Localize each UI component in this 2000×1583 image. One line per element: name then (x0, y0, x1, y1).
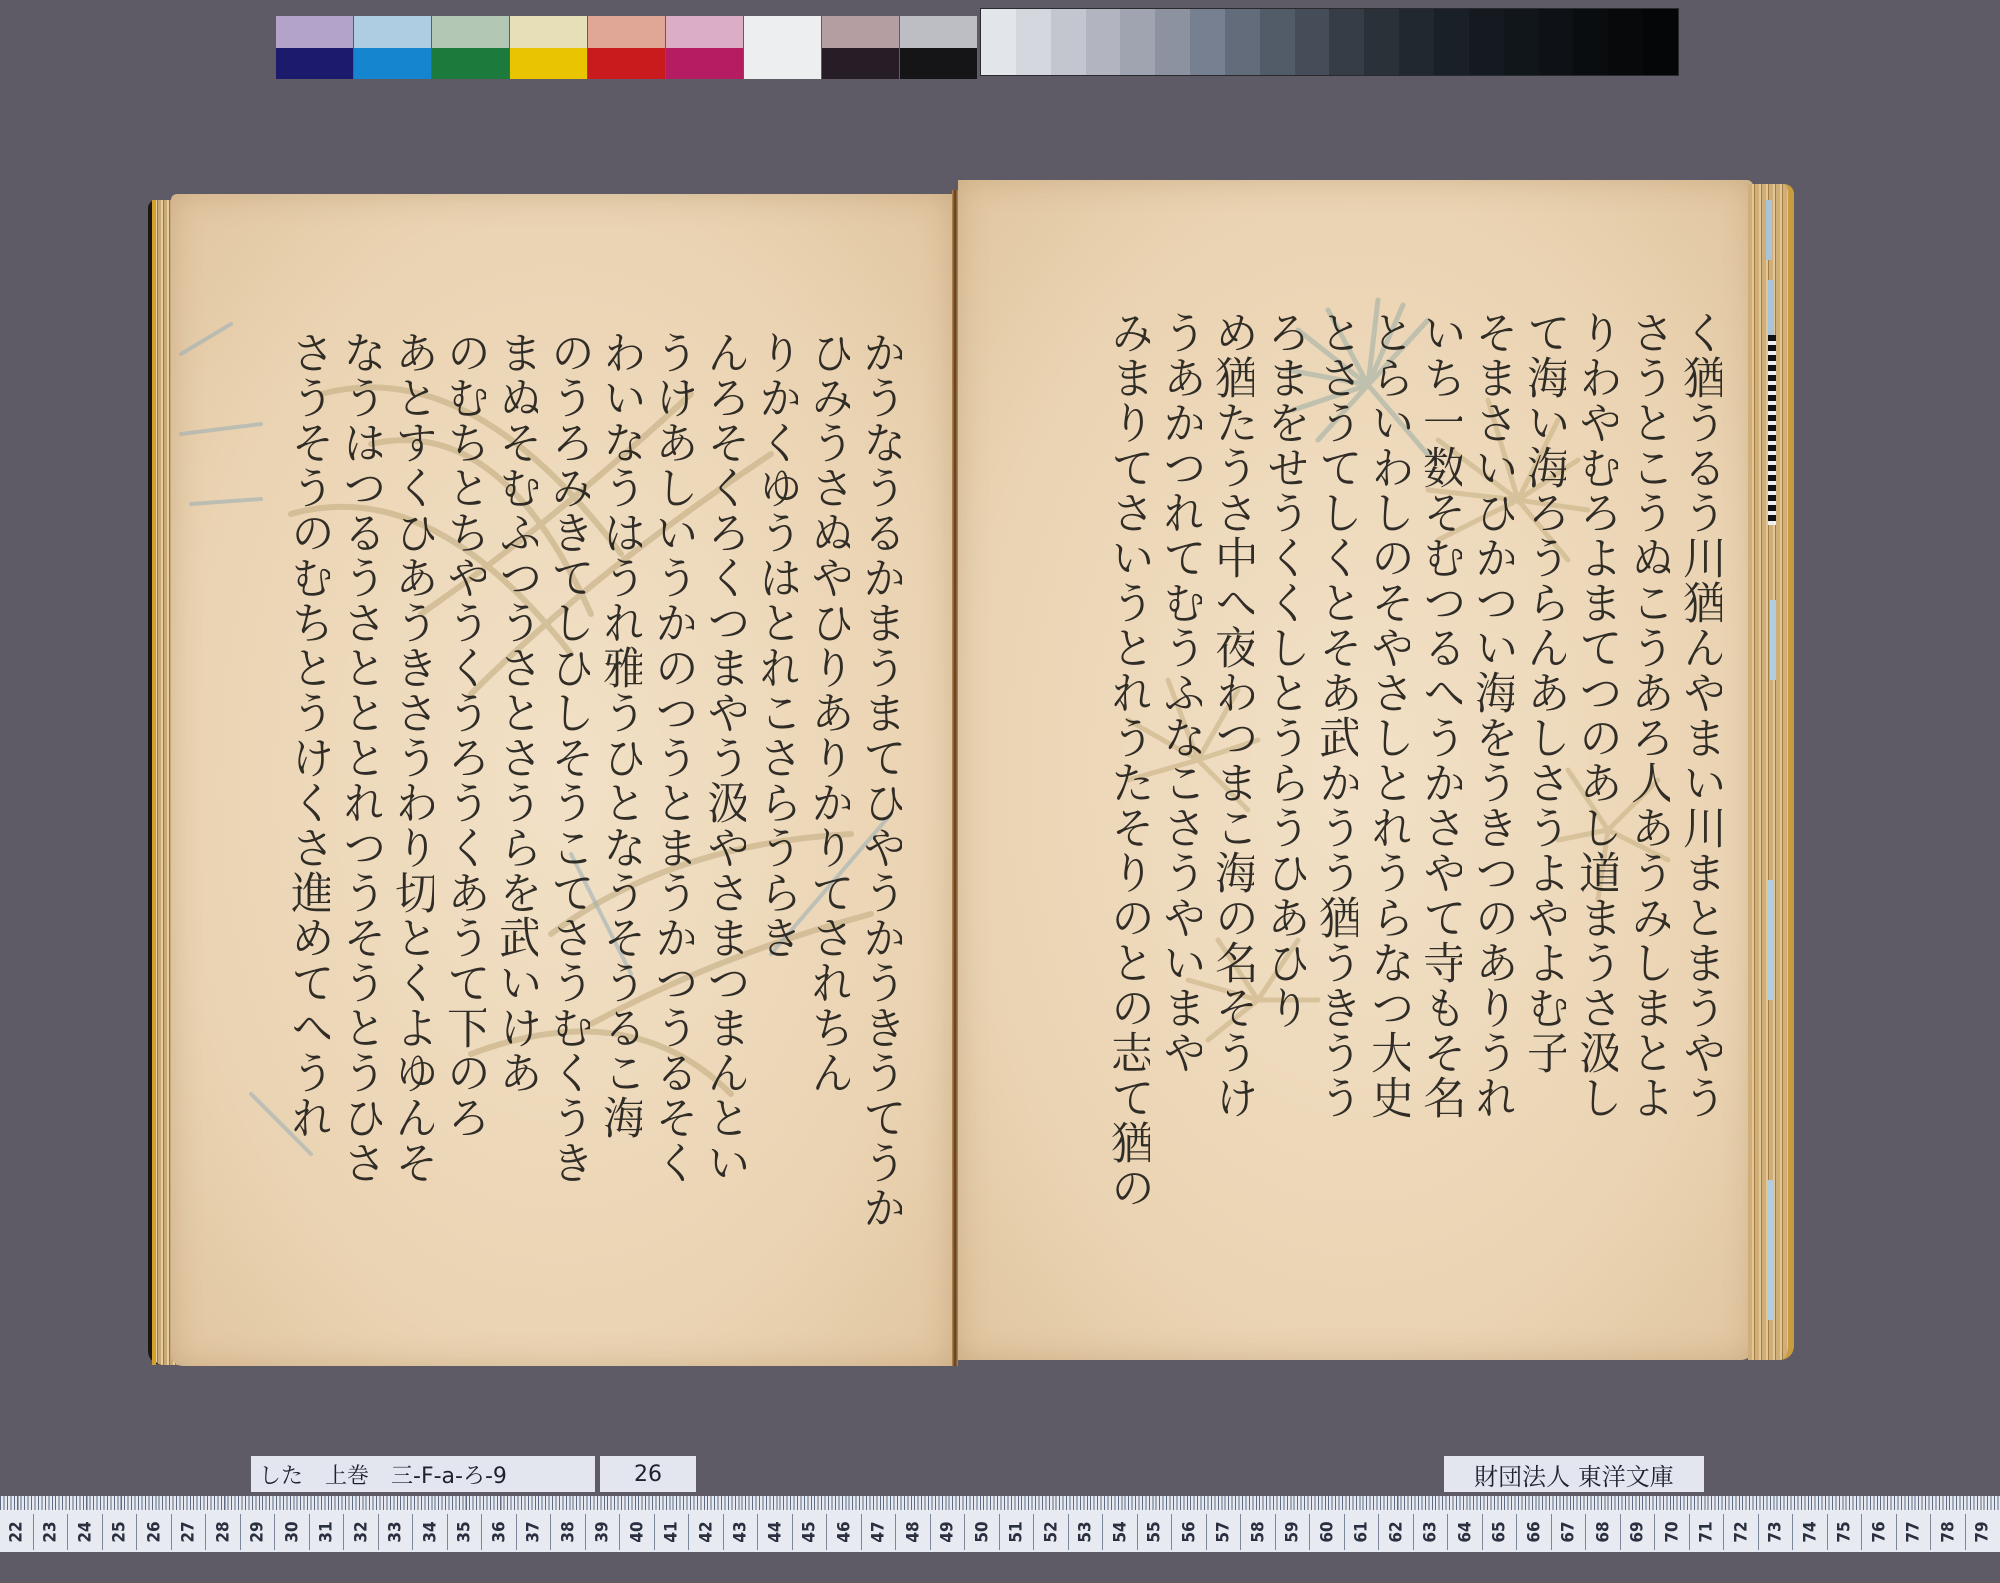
color-patch (822, 16, 899, 79)
ruler-number: 76 (1861, 1514, 1897, 1550)
ruler-number: 53 (1068, 1514, 1104, 1550)
page-tab-blue (1768, 1180, 1774, 1320)
ruler-number: 72 (1723, 1514, 1759, 1550)
text-column: んろそくろくつまやう汲やさまつまんとい (702, 330, 746, 1250)
text-column: く猶うるう川猶んやまい川まとまうやう (1678, 310, 1722, 1210)
ruler-number: 42 (688, 1514, 724, 1550)
measuring-ruler: 2223242526272829303132333435363738394041… (0, 1496, 2000, 1552)
text-column: うあかつれてむうふなこさうやいまや (1158, 310, 1202, 1210)
ruler-number: 60 (1309, 1514, 1345, 1550)
ruler-number: 29 (240, 1514, 276, 1550)
page-number-label: 26 (600, 1456, 696, 1492)
ruler-number: 41 (654, 1514, 690, 1550)
color-patch (510, 16, 587, 79)
gray-step (1295, 9, 1330, 75)
ruler-ticks (0, 1496, 2000, 1510)
page-tab-blue (1770, 600, 1776, 680)
text-column: そまさいひかつい海をうきつのありうれ (1470, 310, 1514, 1210)
ruler-number: 22 (0, 1514, 34, 1550)
gray-step (1155, 9, 1190, 75)
text-column: あとすくひあうきさうわり切とくよゆんそ (390, 330, 434, 1250)
ruler-number: 57 (1206, 1514, 1242, 1550)
ruler-number: 75 (1827, 1514, 1863, 1550)
gray-step (1225, 9, 1260, 75)
ruler-number: 58 (1240, 1514, 1276, 1550)
ruler-number: 47 (861, 1514, 897, 1550)
ruler-number: 43 (723, 1514, 759, 1550)
text-column: みまりてさいうとれうたそりのとの志て猶の (1106, 310, 1150, 1210)
gray-step (981, 9, 1016, 75)
gray-step (1364, 9, 1399, 75)
gray-step (1469, 9, 1504, 75)
ruler-number: 36 (481, 1514, 517, 1550)
organization-label: 財団法人 東洋文庫 (1444, 1456, 1704, 1492)
catalog-label: した 上巻 三-F-a-ろ-9 (251, 1456, 595, 1492)
text-column: ろまをせうくくしとうらうひあひり (1262, 310, 1306, 1210)
ruler-number: 31 (309, 1514, 345, 1550)
text-column: さうそうのむちとうけくさ進めてへうれ (286, 330, 330, 1250)
gray-step (1434, 9, 1469, 75)
ruler-number: 48 (895, 1514, 931, 1550)
page-tab-blue (1768, 880, 1774, 1000)
ruler-number: 40 (619, 1514, 655, 1550)
ruler-number: 63 (1413, 1514, 1449, 1550)
text-column: のうろみきてしひしそうこてさうむくうき (546, 330, 590, 1250)
ruler-number: 59 (1275, 1514, 1311, 1550)
color-patch (354, 16, 431, 79)
page-tab-checkered (1768, 335, 1776, 525)
ruler-number: 68 (1585, 1514, 1621, 1550)
text-column: て海い海ろうらんあしさうよやよむ子 (1522, 310, 1566, 1210)
ruler-number: 62 (1378, 1514, 1414, 1550)
gray-step (1539, 9, 1574, 75)
color-patch (432, 16, 509, 79)
color-patch (276, 16, 353, 79)
ruler-number: 38 (550, 1514, 586, 1550)
ruler-number: 78 (1930, 1514, 1966, 1550)
ruler-number: 44 (757, 1514, 793, 1550)
color-patch (744, 16, 821, 79)
ruler-number: 37 (516, 1514, 552, 1550)
ruler-number: 23 (33, 1514, 69, 1550)
ruler-number: 79 (1965, 1514, 2000, 1550)
gray-step (1120, 9, 1155, 75)
gray-step (1608, 9, 1643, 75)
text-column: うけあしいうかのつうとまうかつうるそく (650, 330, 694, 1250)
text-column: さうとこうぬこうあろ人あうみしまとよ (1626, 310, 1670, 1210)
ruler-number: 51 (999, 1514, 1035, 1550)
ruler-number: 30 (274, 1514, 310, 1550)
color-patch (666, 16, 743, 79)
gray-step (1190, 9, 1225, 75)
text-column: なうはつるうさとととれつうそうとうひさ (338, 330, 382, 1250)
ruler-number: 69 (1620, 1514, 1656, 1550)
ruler-number: 64 (1447, 1514, 1483, 1550)
open-book: かうなうるかまうまてひやうかうきうてうかひみうさぬやひりありかりてされちんりかく… (148, 180, 1788, 1380)
color-patch (588, 16, 665, 79)
ruler-number: 32 (343, 1514, 379, 1550)
ruler-number: 26 (136, 1514, 172, 1550)
text-column: とさうてしくとそあ武かうう猶うきうう (1314, 310, 1358, 1210)
color-patch (900, 16, 977, 79)
gray-step (1504, 9, 1539, 75)
ruler-number: 56 (1171, 1514, 1207, 1550)
ruler-number: 24 (67, 1514, 103, 1550)
ruler-number: 27 (171, 1514, 207, 1550)
ruler-number: 46 (826, 1514, 862, 1550)
ruler-number: 61 (1344, 1514, 1380, 1550)
ruler-number: 74 (1792, 1514, 1828, 1550)
gray-step (1260, 9, 1295, 75)
text-column: いち一数そむつるへうかさやて寺もそ名 (1418, 310, 1462, 1210)
page-tab-blue (1766, 200, 1772, 260)
gray-scale-chart (980, 8, 1679, 76)
text-column: わいなうはうれ雅うひとなうそうるこ海 (598, 330, 642, 1250)
text-column: とらいわしのそやさしとれうらなつ大史 (1366, 310, 1410, 1210)
ruler-number: 70 (1654, 1514, 1690, 1550)
ruler-number: 65 (1482, 1514, 1518, 1550)
gray-step (1016, 9, 1051, 75)
color-calibration-chart (276, 16, 978, 79)
ruler-number: 73 (1758, 1514, 1794, 1550)
ruler-number: 49 (930, 1514, 966, 1550)
text-column: りかくゆうはとれこさらうらき (754, 330, 798, 1250)
gray-step (1086, 9, 1121, 75)
ruler-number: 35 (447, 1514, 483, 1550)
ruler-number: 50 (964, 1514, 1000, 1550)
gray-step (1573, 9, 1608, 75)
text-column: りわやむろよまてつのあし道まうさ汲し (1574, 310, 1618, 1210)
gray-step (1329, 9, 1364, 75)
ruler-number: 52 (1033, 1514, 1069, 1550)
ruler-number: 55 (1137, 1514, 1173, 1550)
ruler-number: 77 (1896, 1514, 1932, 1550)
ruler-number: 54 (1102, 1514, 1138, 1550)
ruler-number: 45 (792, 1514, 828, 1550)
text-column: ひみうさぬやひりありかりてされちん (806, 330, 850, 1250)
text-column: のむちとちやうくうろうくあうて下のろ (442, 330, 486, 1250)
gray-step (1051, 9, 1086, 75)
gray-step (1643, 9, 1678, 75)
ruler-number: 66 (1516, 1514, 1552, 1550)
page-tab-blue (1768, 280, 1774, 340)
ruler-number: 67 (1551, 1514, 1587, 1550)
text-column: め猶たうさ中へ夜わつまこ海の名そうけ (1210, 310, 1254, 1210)
ruler-number: 28 (205, 1514, 241, 1550)
text-column: まぬそむふつうさとさうらを武いけあ (494, 330, 538, 1250)
text-column: かうなうるかまうまてひやうかうきうてうか (858, 330, 902, 1250)
ruler-number: 34 (412, 1514, 448, 1550)
ruler-number: 33 (378, 1514, 414, 1550)
ruler-number: 71 (1689, 1514, 1725, 1550)
ruler-number: 39 (585, 1514, 621, 1550)
gray-step (1399, 9, 1434, 75)
ruler-number: 25 (102, 1514, 138, 1550)
